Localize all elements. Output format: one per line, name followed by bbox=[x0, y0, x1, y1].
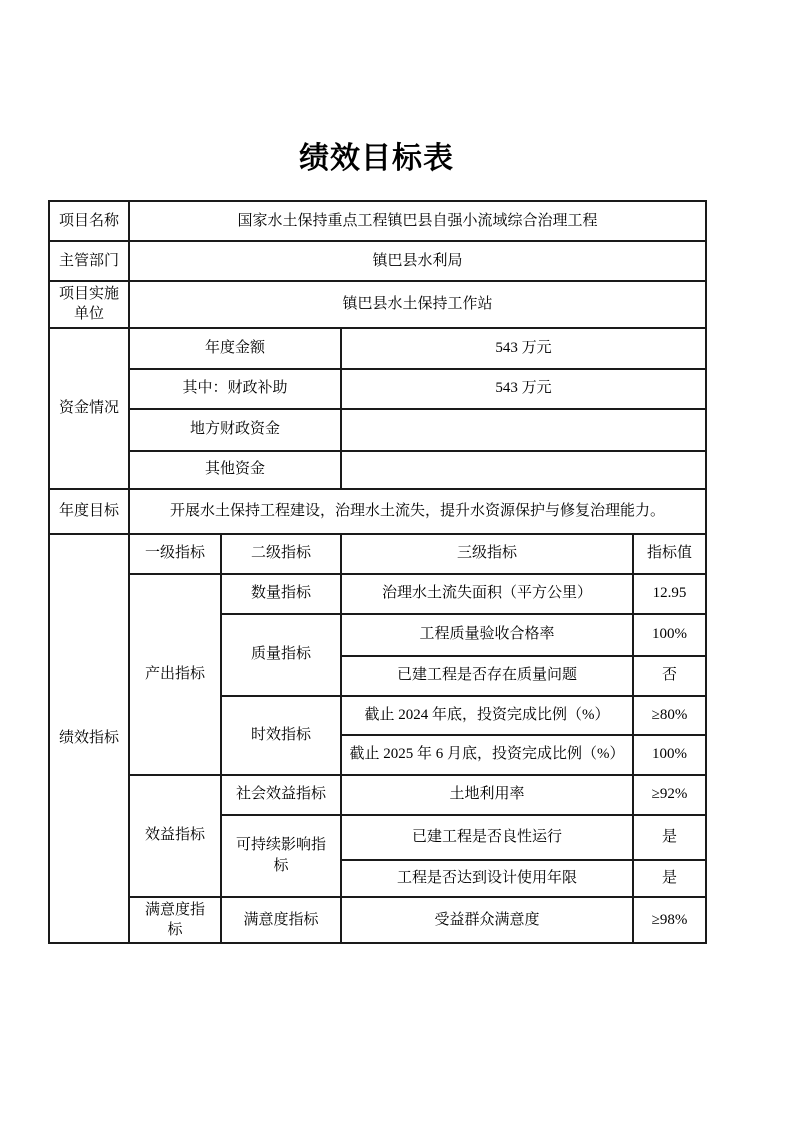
table-row: 年度目标 开展水土保持工程建设，治理水土流失，提升水资源保护与修复治理能力。 bbox=[49, 489, 706, 534]
table-row: 项目名称 国家水土保持重点工程镇巴县自强小流域综合治理工程 bbox=[49, 201, 706, 241]
page-title: 绩效目标表 bbox=[48, 141, 705, 177]
table-row: 产出指标 数量指标 治理水土流失面积（平方公里） 12.95 bbox=[49, 574, 706, 614]
level3-indicator: 工程质量验收合格率 bbox=[341, 614, 633, 656]
column-header-level1: 一级指标 bbox=[129, 534, 221, 574]
table-row: 其他资金 bbox=[49, 451, 706, 489]
table-row: 效益指标 社会效益指标 土地利用率 ≥92% bbox=[49, 775, 706, 815]
level2-timeliness: 时效指标 bbox=[221, 696, 341, 775]
project-name-value: 国家水土保持重点工程镇巴县自强小流域综合治理工程 bbox=[129, 201, 706, 241]
column-header-value: 指标值 bbox=[633, 534, 706, 574]
table-row: 绩效指标 一级指标 二级指标 三级指标 指标值 bbox=[49, 534, 706, 574]
level3-indicator: 土地利用率 bbox=[341, 775, 633, 815]
funding-item-subsidy: 其中：财政补助 bbox=[129, 369, 341, 409]
funding-amount-annual: 543 万元 bbox=[341, 328, 706, 369]
funding-amount-local bbox=[341, 409, 706, 451]
indicator-value: ≥80% bbox=[633, 696, 706, 735]
level1-output: 产出指标 bbox=[129, 574, 221, 775]
indicator-value: ≥98% bbox=[633, 897, 706, 944]
funding-item-local: 地方财政资金 bbox=[129, 409, 341, 451]
indicator-value: 100% bbox=[633, 735, 706, 775]
level2-sustainability: 可持续影响指 标 bbox=[221, 815, 341, 897]
column-header-level3: 三级指标 bbox=[341, 534, 633, 574]
level2-social-benefit: 社会效益指标 bbox=[221, 775, 341, 815]
indicator-value: 是 bbox=[633, 815, 706, 860]
implementer-value: 镇巴县水土保持工作站 bbox=[129, 281, 706, 328]
implementer-label: 项目实施 单位 bbox=[49, 281, 129, 328]
document-page: 绩效目标表 项目名称 国家水土保持重点工程镇巴县自强小流域综合治理工程 主管部门… bbox=[0, 0, 793, 1122]
indicator-value: 是 bbox=[633, 860, 706, 897]
table-row: 主管部门 镇巴县水利局 bbox=[49, 241, 706, 281]
level1-benefit: 效益指标 bbox=[129, 775, 221, 897]
funding-item-other: 其他资金 bbox=[129, 451, 341, 489]
level3-indicator: 工程是否达到设计使用年限 bbox=[341, 860, 633, 897]
level3-indicator: 治理水土流失面积（平方公里） bbox=[341, 574, 633, 614]
table-row: 满意度指 标 满意度指标 受益群众满意度 ≥98% bbox=[49, 897, 706, 944]
indicator-value: 否 bbox=[633, 656, 706, 696]
funding-item-annual: 年度金额 bbox=[129, 328, 341, 369]
funding-amount-subsidy: 543 万元 bbox=[341, 369, 706, 409]
department-value: 镇巴县水利局 bbox=[129, 241, 706, 281]
performance-section-label: 绩效指标 bbox=[49, 534, 129, 944]
level3-indicator: 已建工程是否存在质量问题 bbox=[341, 656, 633, 696]
indicator-value: ≥92% bbox=[633, 775, 706, 815]
annual-goal-label: 年度目标 bbox=[49, 489, 129, 534]
table-row: 项目实施 单位 镇巴县水土保持工作站 bbox=[49, 281, 706, 328]
table-row: 地方财政资金 bbox=[49, 409, 706, 451]
level3-indicator: 截止 2025 年 6 月底，投资完成比例（%） bbox=[341, 735, 633, 775]
project-name-label: 项目名称 bbox=[49, 201, 129, 241]
annual-goal-value: 开展水土保持工程建设，治理水土流失，提升水资源保护与修复治理能力。 bbox=[129, 489, 706, 534]
level3-indicator: 已建工程是否良性运行 bbox=[341, 815, 633, 860]
level2-quantity: 数量指标 bbox=[221, 574, 341, 614]
table-row: 其中：财政补助 543 万元 bbox=[49, 369, 706, 409]
table-row: 资金情况 年度金额 543 万元 bbox=[49, 328, 706, 369]
indicator-value: 100% bbox=[633, 614, 706, 656]
indicator-value: 12.95 bbox=[633, 574, 706, 614]
performance-target-table: 项目名称 国家水土保持重点工程镇巴县自强小流域综合治理工程 主管部门 镇巴县水利… bbox=[48, 200, 707, 944]
level2-quality: 质量指标 bbox=[221, 614, 341, 696]
level2-satisfaction: 满意度指标 bbox=[221, 897, 341, 944]
level3-indicator: 截止 2024 年底，投资完成比例（%） bbox=[341, 696, 633, 735]
funding-section-label: 资金情况 bbox=[49, 328, 129, 489]
funding-amount-other bbox=[341, 451, 706, 489]
department-label: 主管部门 bbox=[49, 241, 129, 281]
column-header-level2: 二级指标 bbox=[221, 534, 341, 574]
level3-indicator: 受益群众满意度 bbox=[341, 897, 633, 944]
level1-satisfaction: 满意度指 标 bbox=[129, 897, 221, 944]
